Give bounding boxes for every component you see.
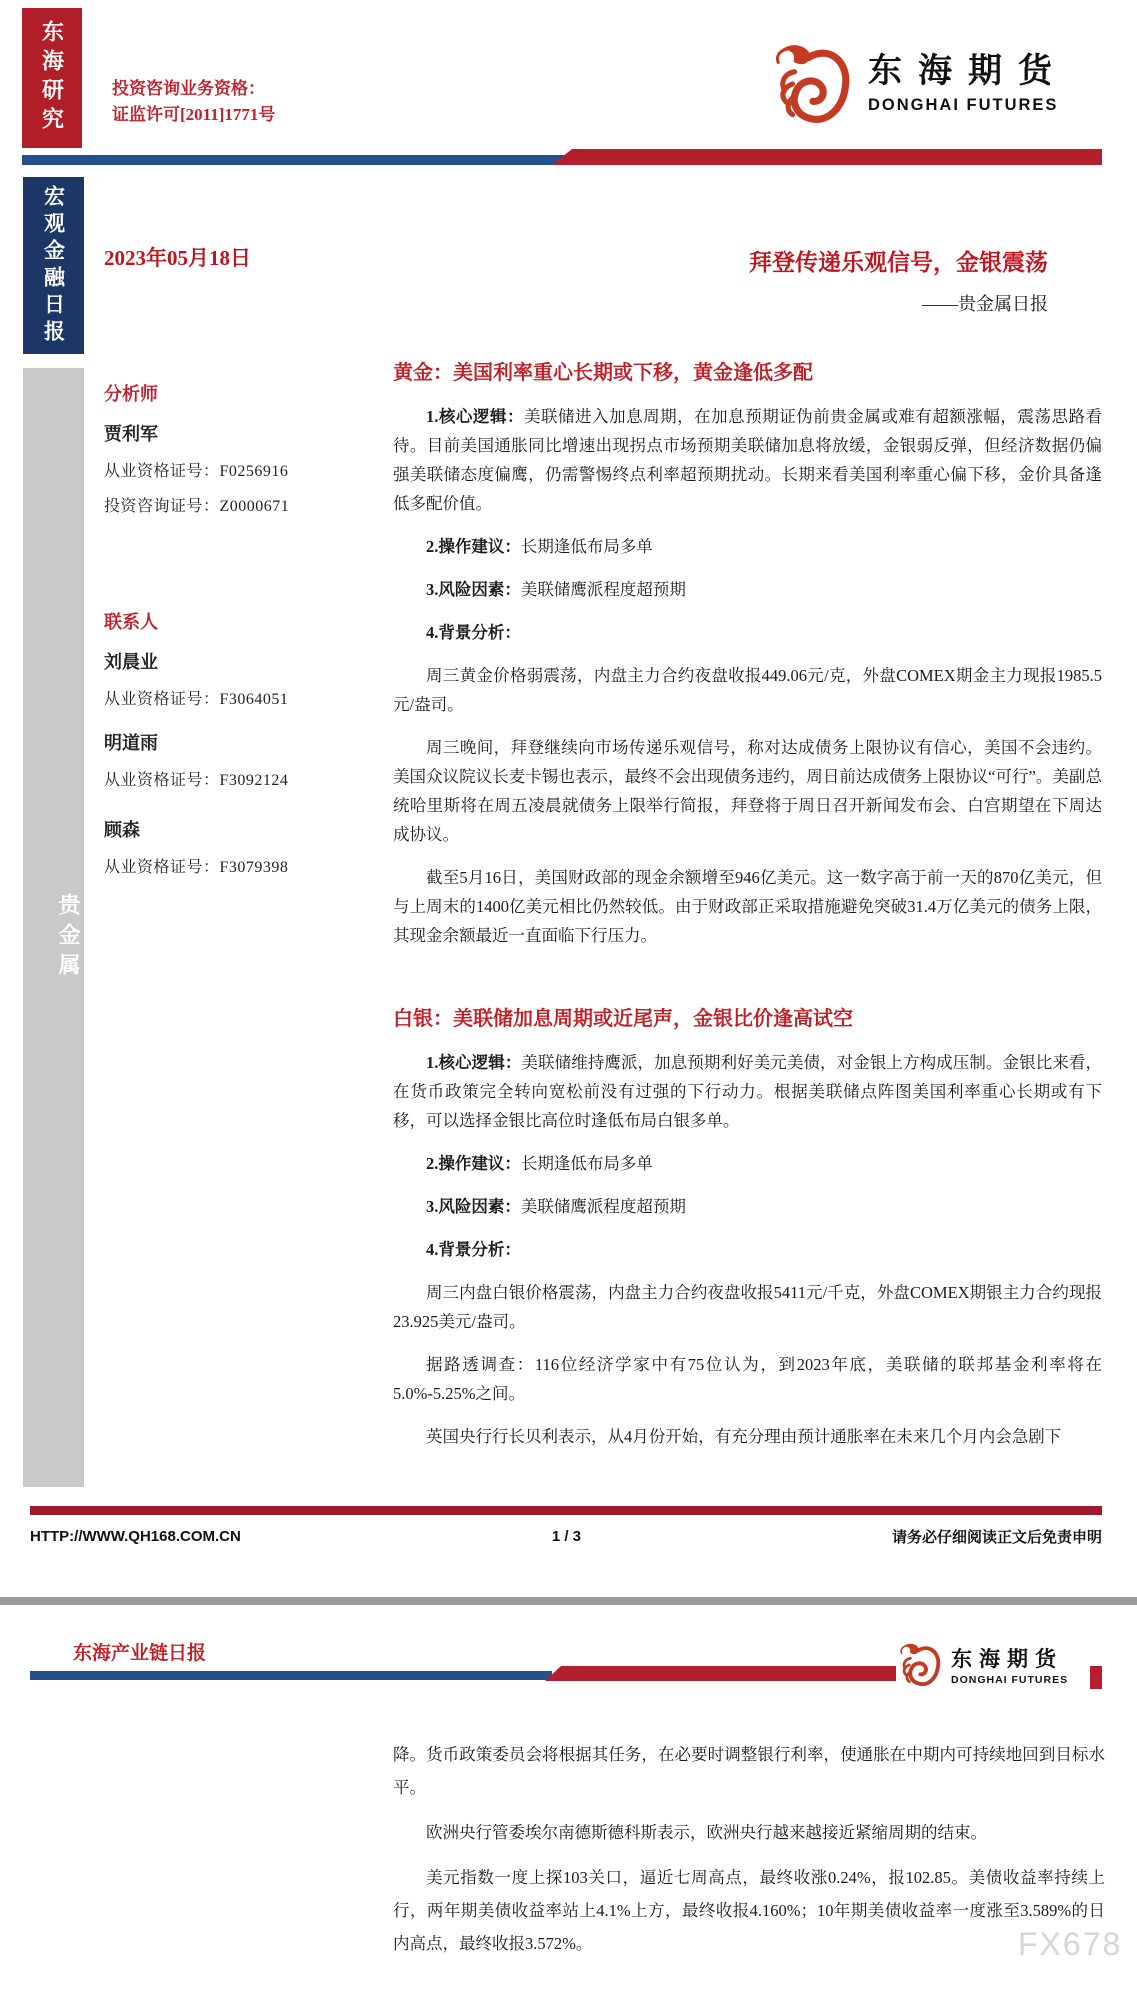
gold-core-logic: 1.核心逻辑：美联储进入加息周期，在加息预期证伪前贵金属或难有超额涨幅，震荡思路…: [393, 402, 1102, 518]
analyst-column: 分析师 贾利军 从业资格证号：F0256916 投资咨询证号：Z0000671 …: [104, 380, 384, 877]
company-logo: 东海期货 DONGHAI FUTURES: [768, 34, 1068, 138]
silver-background-label: 4.背景分析：: [393, 1235, 1102, 1264]
analyst-cert-1: 从业资格证号：F0256916: [104, 458, 384, 481]
gold-advice: 2.操作建议：长期逢低布局多单: [393, 532, 1102, 561]
header-divider-blue: [22, 155, 570, 165]
logo-en-text: DONGHAI FUTURES: [868, 96, 1068, 115]
dragon-logo-icon: [896, 1635, 946, 1697]
footer-rule: [30, 1506, 1102, 1515]
page-separator: [0, 1597, 1137, 1605]
sidebar-report-type: 宏观金融日报: [23, 177, 84, 354]
footer: HTTP://WWW.QH168.COM.CN 1 / 3 请务必仔细阅读正文后…: [30, 1526, 1102, 1547]
company-logo-small: 东海期货 DONGHAI FUTURES: [896, 1630, 1090, 1702]
silver-background-para: 英国央行行长贝利表示，从4月份开始，有充分理由预计通胀率在未来几个月内会急剧下: [393, 1422, 1102, 1451]
research-box: 东海研究: [22, 8, 82, 148]
credential-block: 投资咨询业务资格： 证监许可[2011]1771号: [112, 76, 275, 128]
report-body: 黄金：美国利率重心长期或下移，黄金逢低多配 1.核心逻辑：美联储进入加息周期，在…: [393, 356, 1102, 1451]
silver-advice: 2.操作建议：长期逢低布局多单: [393, 1149, 1102, 1178]
analyst-name: 贾利军: [104, 420, 384, 446]
footer-url: HTTP://WWW.QH168.COM.CN: [30, 1528, 241, 1545]
report-date: 2023年05月18日: [104, 242, 251, 272]
watermark: FX678: [1018, 1926, 1122, 1963]
page2-paragraph: 欧洲央行管委埃尔南德斯德科斯表示，欧洲央行越来越接近紧缩周期的结束。: [393, 1816, 1105, 1849]
header-divider-red: [552, 149, 1102, 165]
gold-background-para: 截至5月16日，美国财政部的现金余额增至946亿美元。这一数字高于前一天的870…: [393, 863, 1102, 950]
report-title: 拜登传递乐观信号，金银震荡: [749, 244, 1048, 277]
footer-page-number: 1 / 3: [552, 1528, 581, 1545]
report-subtitle: ——贵金属日报: [749, 290, 1048, 316]
gold-section-heading: 黄金：美国利率重心长期或下移，黄金逢低多配: [393, 356, 1102, 385]
title-block: 拜登传递乐观信号，金银震荡 ——贵金属日报: [749, 244, 1048, 316]
page2-paragraph: 降。货币政策委员会将根据其任务，在必要时调整银行利率，使通胀在中期内可持续地回到…: [393, 1738, 1105, 1804]
gold-background-label: 4.背景分析：: [393, 618, 1102, 647]
sidebar-category-label: 贵金属: [23, 893, 84, 983]
logo-cn-text: 东海期货: [951, 1646, 1068, 1672]
logo-cn-text: 东海期货: [868, 52, 1068, 92]
credential-line1: 投资咨询业务资格：: [112, 76, 275, 102]
page2-body: 降。货币政策委员会将根据其任务，在必要时调整银行利率，使通胀在中期内可持续地回到…: [393, 1738, 1105, 1960]
footer-disclaimer: 请务必仔细阅读正文后免责申明: [892, 1526, 1102, 1547]
sidebar-category: 贵金属: [23, 368, 84, 1487]
credential-line2: 证监许可[2011]1771号: [112, 102, 275, 128]
analyst-section-label: 分析师: [104, 380, 384, 406]
page2-paragraph: 美元指数一度上探103关口，逼近七周高点，最终收涨0.24%，报102.85。美…: [393, 1861, 1105, 1960]
page2-header-title: 东海产业链日报: [73, 1638, 206, 1665]
gold-background-para: 周三黄金价格弱震荡，内盘主力合约夜盘收报449.06元/克，外盘COMEX期金主…: [393, 661, 1102, 719]
contact-section-label: 联系人: [104, 608, 384, 634]
page2-divider-end-tab: [1090, 1666, 1102, 1689]
silver-risk: 3.风险因素：美联储鹰派程度超预期: [393, 1192, 1102, 1221]
contact-cert: 从业资格证号：F3092124: [104, 767, 384, 790]
logo-en-text: DONGHAI FUTURES: [951, 1674, 1068, 1686]
contact-cert: 从业资格证号：F3079398: [104, 854, 384, 877]
contact-name: 明道雨: [104, 729, 384, 755]
silver-background-para: 据路透调查：116位经济学家中有75位认为，到2023年底，美联储的联邦基金利率…: [393, 1350, 1102, 1408]
gold-risk: 3.风险因素：美联储鹰派程度超预期: [393, 575, 1102, 604]
gold-background-para: 周三晚间，拜登继续向市场传递乐观信号，称对达成债务上限协议有信心，美国不会违约。…: [393, 733, 1102, 849]
contact-name: 刘晨业: [104, 648, 384, 674]
dragon-logo-icon: [768, 34, 860, 138]
analyst-cert-2: 投资咨询证号：Z0000671: [104, 493, 384, 516]
contact-cert: 从业资格证号：F3064051: [104, 686, 384, 709]
silver-section-heading: 白银：美联储加息周期或近尾声，金银比价逢高试空: [393, 1002, 1102, 1031]
silver-core-logic: 1.核心逻辑：美联储维持鹰派，加息预期利好美元美债，对金银上方构成压制。金银比来…: [393, 1048, 1102, 1135]
silver-background-para: 周三内盘白银价格震荡，内盘主力合约夜盘收报5411元/千克，外盘COMEX期银主…: [393, 1278, 1102, 1336]
page2-divider-blue: [30, 1671, 552, 1680]
contact-name: 顾森: [104, 816, 384, 842]
